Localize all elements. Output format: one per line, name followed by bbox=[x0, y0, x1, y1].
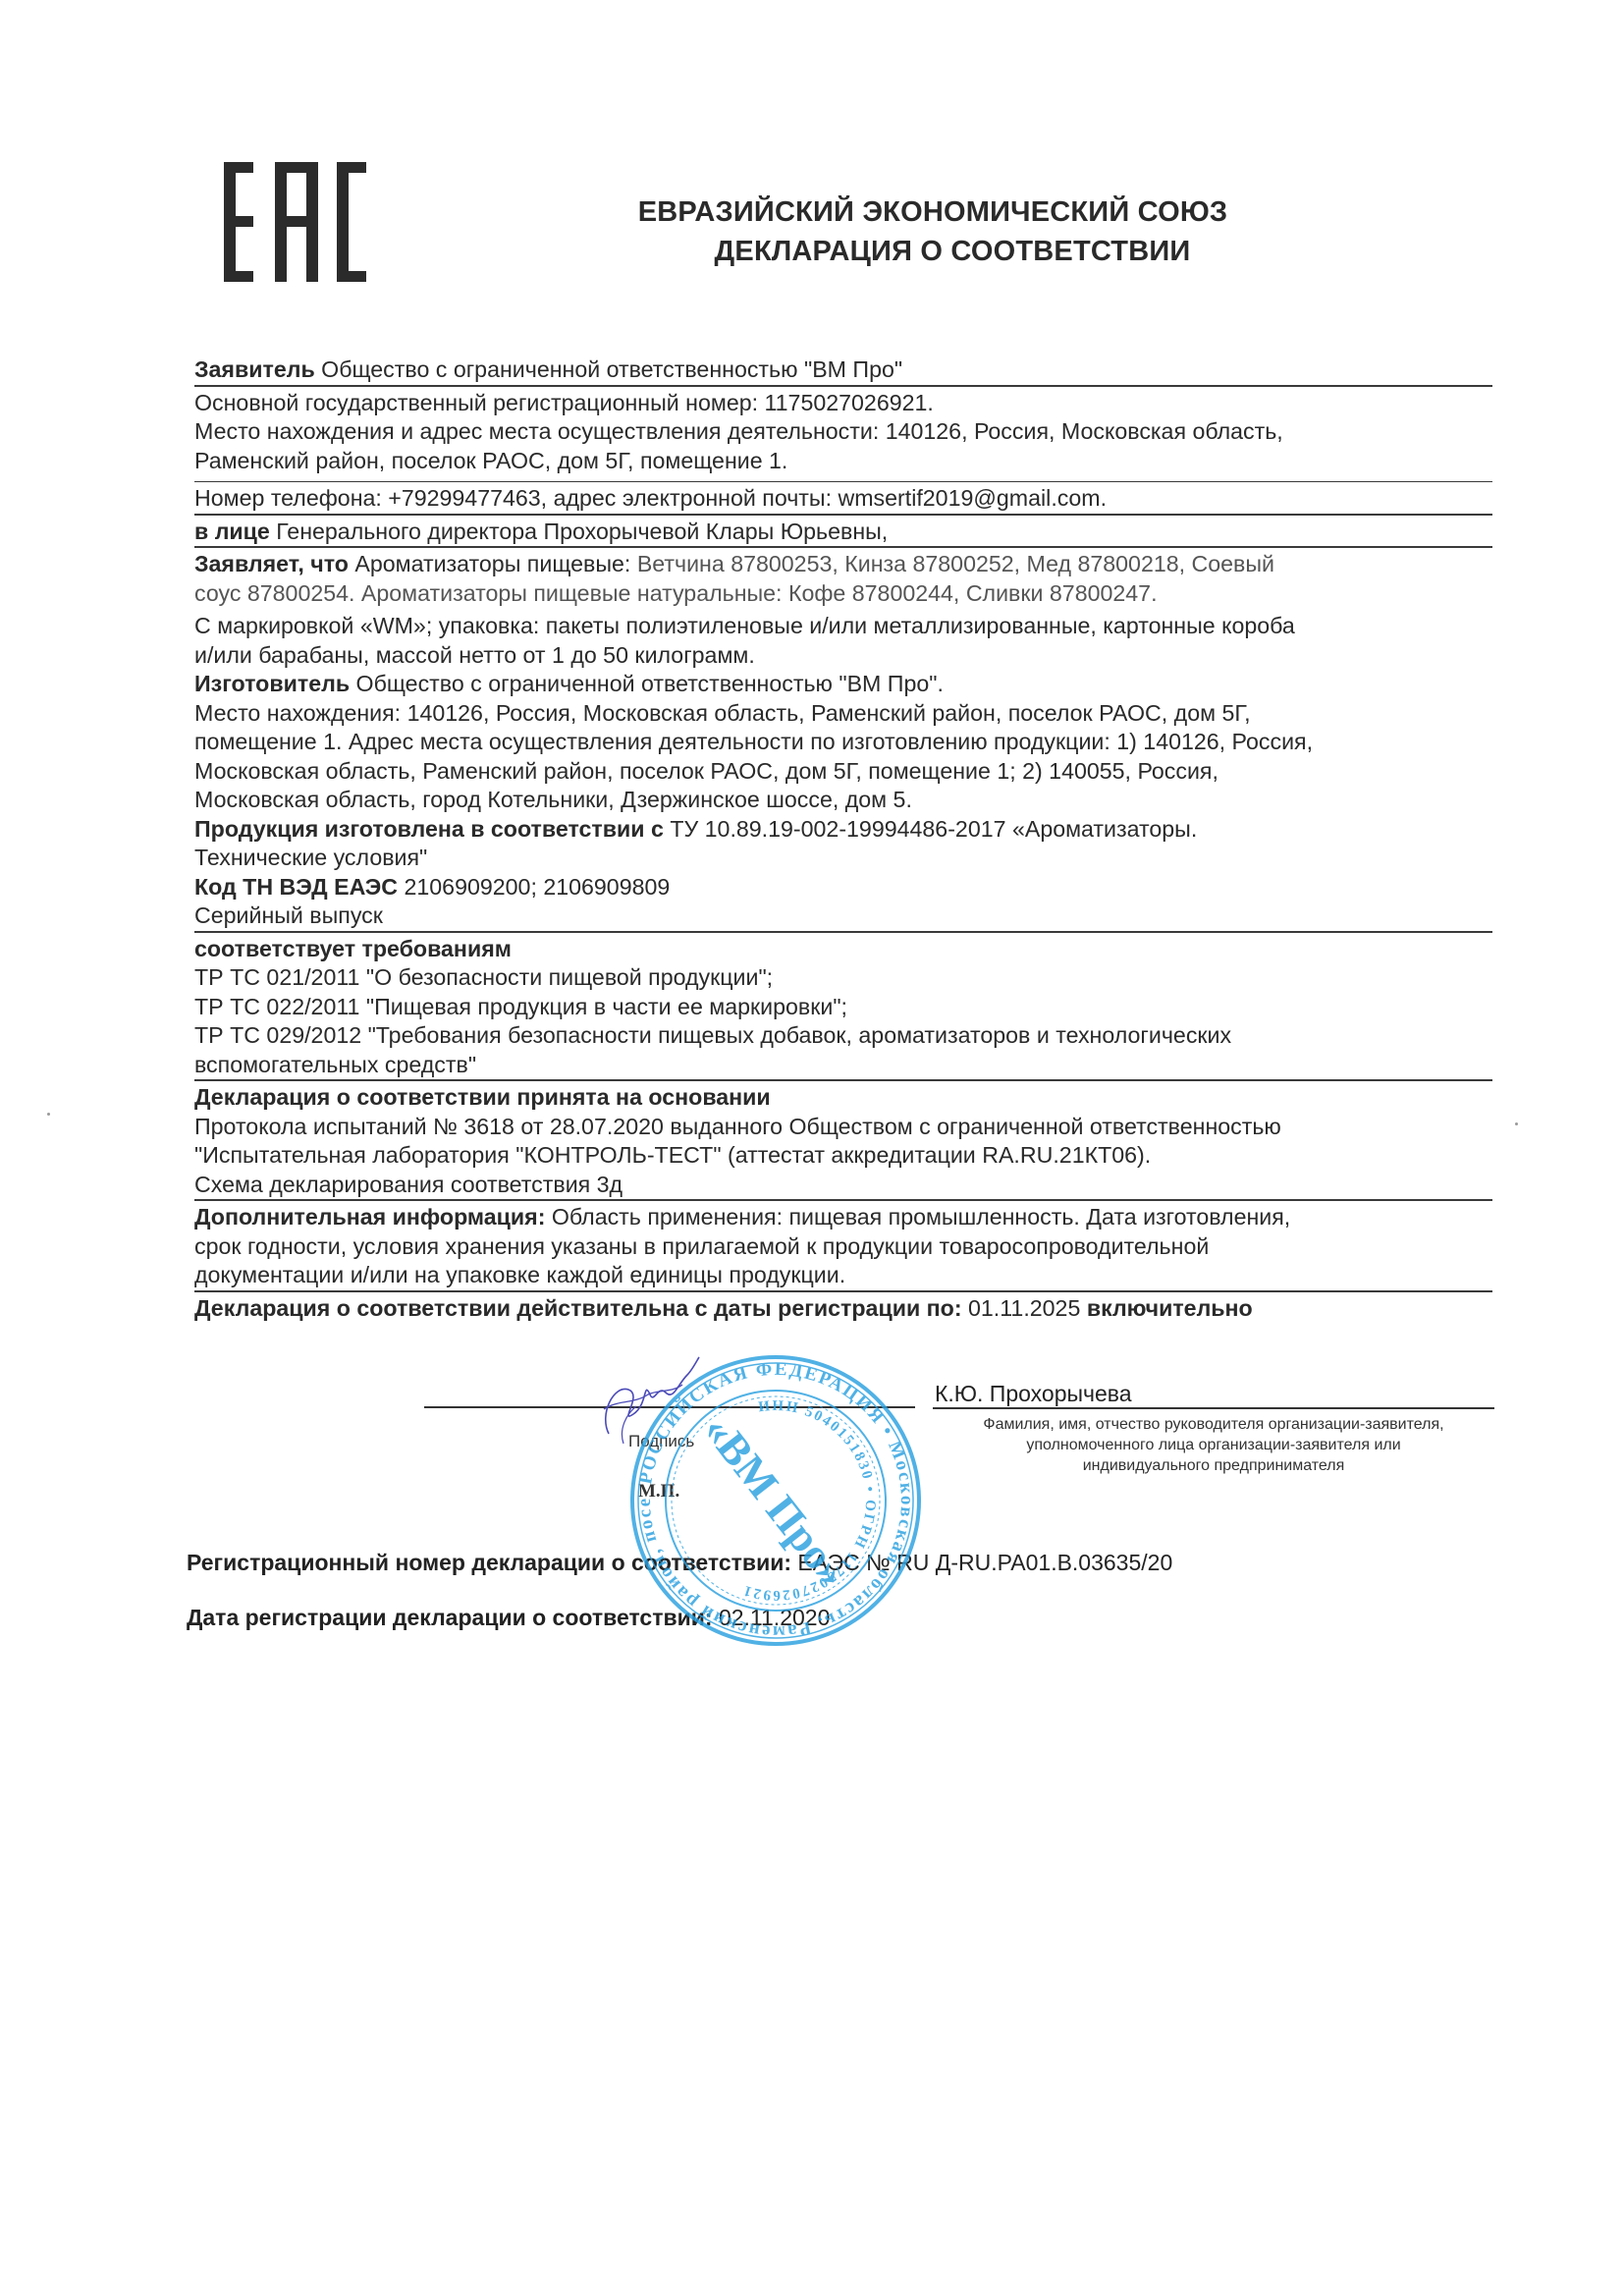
basis-line1: Протокола испытаний № 3618 от 28.07.2020… bbox=[194, 1113, 1492, 1142]
divider bbox=[194, 481, 1492, 482]
signature-label: Подпись bbox=[628, 1432, 694, 1451]
additional-info-row: Дополнительная информация: Область приме… bbox=[194, 1203, 1492, 1232]
signer-note-line: индивидуального предпринимателя bbox=[933, 1455, 1494, 1476]
document-header: ЕВРАЗИЙСКИЙ ЭКОНОМИЧЕСКИЙ СОЮЗ ДЕКЛАРАЦИ… bbox=[511, 192, 1355, 271]
produced-per-label: Продукция изготовлена в соответствии с bbox=[194, 816, 664, 842]
manufacturer-row: Изготовитель Общество с ограниченной отв… bbox=[194, 670, 1492, 699]
applicant-name: Общество с ограниченной ответственностью… bbox=[321, 356, 902, 382]
registration-date-value: 02.11.2020 bbox=[719, 1605, 830, 1630]
scan-speck bbox=[1515, 1122, 1518, 1125]
signer-note: Фамилия, имя, отчество руководителя орга… bbox=[933, 1414, 1494, 1476]
signer-note-line: уполномоченного лица организации-заявите… bbox=[933, 1435, 1494, 1455]
declares-line2: соус 87800254. Ароматизаторы пищевые нат… bbox=[194, 579, 1492, 609]
manufacturer-line4: Московская область, город Котельники, Дз… bbox=[194, 786, 1492, 815]
hs-code-row: Код ТН ВЭД ЕАЭС 2106909200; 2106909809 bbox=[194, 873, 1492, 902]
represented-by-value: Генерального директора Прохорычевой Клар… bbox=[276, 519, 888, 544]
scan-speck bbox=[47, 1113, 50, 1116]
production-type: Серийный выпуск bbox=[194, 902, 1492, 931]
validity-suffix: включительно bbox=[1087, 1295, 1253, 1321]
signature-block: Подпись М.П. К.Ю. Прохорычева Фамилия, и… bbox=[424, 1355, 1494, 1522]
produced-per-value: ТУ 10.89.19-002-19994486-2017 «Ароматиза… bbox=[670, 816, 1197, 842]
declares-line4: и/или барабаны, массой нетто от 1 до 50 … bbox=[194, 641, 1492, 671]
requirement-item: вспомогательных средств" bbox=[194, 1051, 1492, 1080]
hs-code-label: Код ТН ВЭД ЕАЭС bbox=[194, 874, 398, 900]
declares-row: Заявляет, что Ароматизаторы пищевые: Вет… bbox=[194, 550, 1492, 579]
declares-products: Ветчина 87800253, Кинза 87800252, Мед 87… bbox=[637, 551, 1274, 576]
basis-line2: "Испытательная лаборатория "КОНТРОЛЬ-ТЕС… bbox=[194, 1141, 1492, 1171]
divider bbox=[194, 514, 1492, 516]
applicant-address-line2: Раменский район, поселок РАОС, дом 5Г, п… bbox=[194, 447, 1492, 476]
applicant-row: Заявитель Общество с ограниченной ответс… bbox=[194, 355, 1492, 385]
applicant-ogrn: Основной государственный регистрационный… bbox=[194, 389, 1492, 418]
validity-date: 01.11.2025 bbox=[968, 1295, 1080, 1321]
declares-lead: Ароматизаторы пищевые: bbox=[354, 551, 630, 576]
signature-line bbox=[424, 1406, 915, 1408]
eac-mark-icon bbox=[224, 162, 366, 282]
produced-per-row: Продукция изготовлена в соответствии с Т… bbox=[194, 815, 1492, 845]
applicant-label: Заявитель bbox=[194, 356, 315, 382]
registration-number-label: Регистрационный номер декларации о соотв… bbox=[187, 1550, 791, 1575]
divider bbox=[194, 1079, 1492, 1081]
registration-date-label: Дата регистрации декларации о соответств… bbox=[187, 1605, 713, 1630]
signer-name: К.Ю. Прохорычева bbox=[935, 1381, 1132, 1407]
hs-code-value: 2106909200; 2106909809 bbox=[404, 874, 670, 900]
represented-by-row: в лице Генерального директора Прохорычев… bbox=[194, 518, 1492, 547]
manufacturer-line2: помещение 1. Адрес места осуществления д… bbox=[194, 728, 1492, 757]
additional-info-label: Дополнительная информация: bbox=[194, 1204, 545, 1230]
manufacturer-name: Общество с ограниченной ответственностью… bbox=[356, 671, 944, 696]
divider bbox=[194, 931, 1492, 933]
union-title: ЕВРАЗИЙСКИЙ ЭКОНОМИЧЕСКИЙ СОЮЗ bbox=[511, 192, 1355, 232]
applicant-address-line1: Место нахождения и адрес места осуществл… bbox=[194, 417, 1492, 447]
validity-label: Декларация о соответствии действительна … bbox=[194, 1295, 962, 1321]
seal-label: М.П. bbox=[638, 1481, 679, 1503]
manufacturer-label: Изготовитель bbox=[194, 671, 350, 696]
additional-info-line2: срок годности, условия хранения указаны … bbox=[194, 1232, 1492, 1262]
requirement-item: ТР ТС 029/2012 "Требования безопасности … bbox=[194, 1021, 1492, 1051]
declares-line3: С маркировкой «WM»; упаковка: пакеты пол… bbox=[194, 612, 1492, 641]
additional-info-value: Область применения: пищевая промышленнос… bbox=[552, 1204, 1290, 1230]
divider bbox=[194, 1290, 1492, 1292]
eac-logo bbox=[224, 162, 366, 282]
registration-number-value: ЕАЭС № RU Д-RU.PA01.B.03635/20 bbox=[797, 1550, 1172, 1575]
represented-by-label: в лице bbox=[194, 519, 270, 544]
manufacturer-line1: Место нахождения: 140126, Россия, Москов… bbox=[194, 699, 1492, 729]
requirement-item: ТР ТС 021/2011 "О безопасности пищевой п… bbox=[194, 963, 1492, 993]
signer-line bbox=[933, 1407, 1494, 1409]
additional-info-line3: документации и/или на упаковке каждой ед… bbox=[194, 1261, 1492, 1290]
divider bbox=[194, 1199, 1492, 1201]
divider bbox=[194, 385, 1492, 387]
declaration-title: ДЕКЛАРАЦИЯ О СООТВЕТСТВИИ bbox=[511, 232, 1355, 271]
divider bbox=[194, 546, 1492, 548]
requirement-item: ТР ТС 022/2011 "Пищевая продукция в част… bbox=[194, 993, 1492, 1022]
requirements-label: соответствует требованиям bbox=[194, 935, 1492, 964]
registration-number-row: Регистрационный номер декларации о соотв… bbox=[187, 1550, 1172, 1576]
declares-label: Заявляет, что bbox=[194, 551, 349, 576]
registration-date-row: Дата регистрации декларации о соответств… bbox=[187, 1605, 830, 1631]
declaration-body: Заявитель Общество с ограниченной ответс… bbox=[194, 355, 1492, 1323]
validity-row: Декларация о соответствии действительна … bbox=[194, 1294, 1492, 1324]
manufacturer-line3: Московская область, Раменский район, пос… bbox=[194, 757, 1492, 787]
produced-per-line2: Технические условия" bbox=[194, 844, 1492, 873]
applicant-contacts: Номер телефона: +79299477463, адрес элек… bbox=[194, 484, 1492, 514]
signer-note-line: Фамилия, имя, отчество руководителя орга… bbox=[933, 1414, 1494, 1435]
basis-label: Декларация о соответствии принята на осн… bbox=[194, 1083, 1492, 1113]
basis-scheme: Схема декларирования соответствия 3д bbox=[194, 1171, 1492, 1200]
